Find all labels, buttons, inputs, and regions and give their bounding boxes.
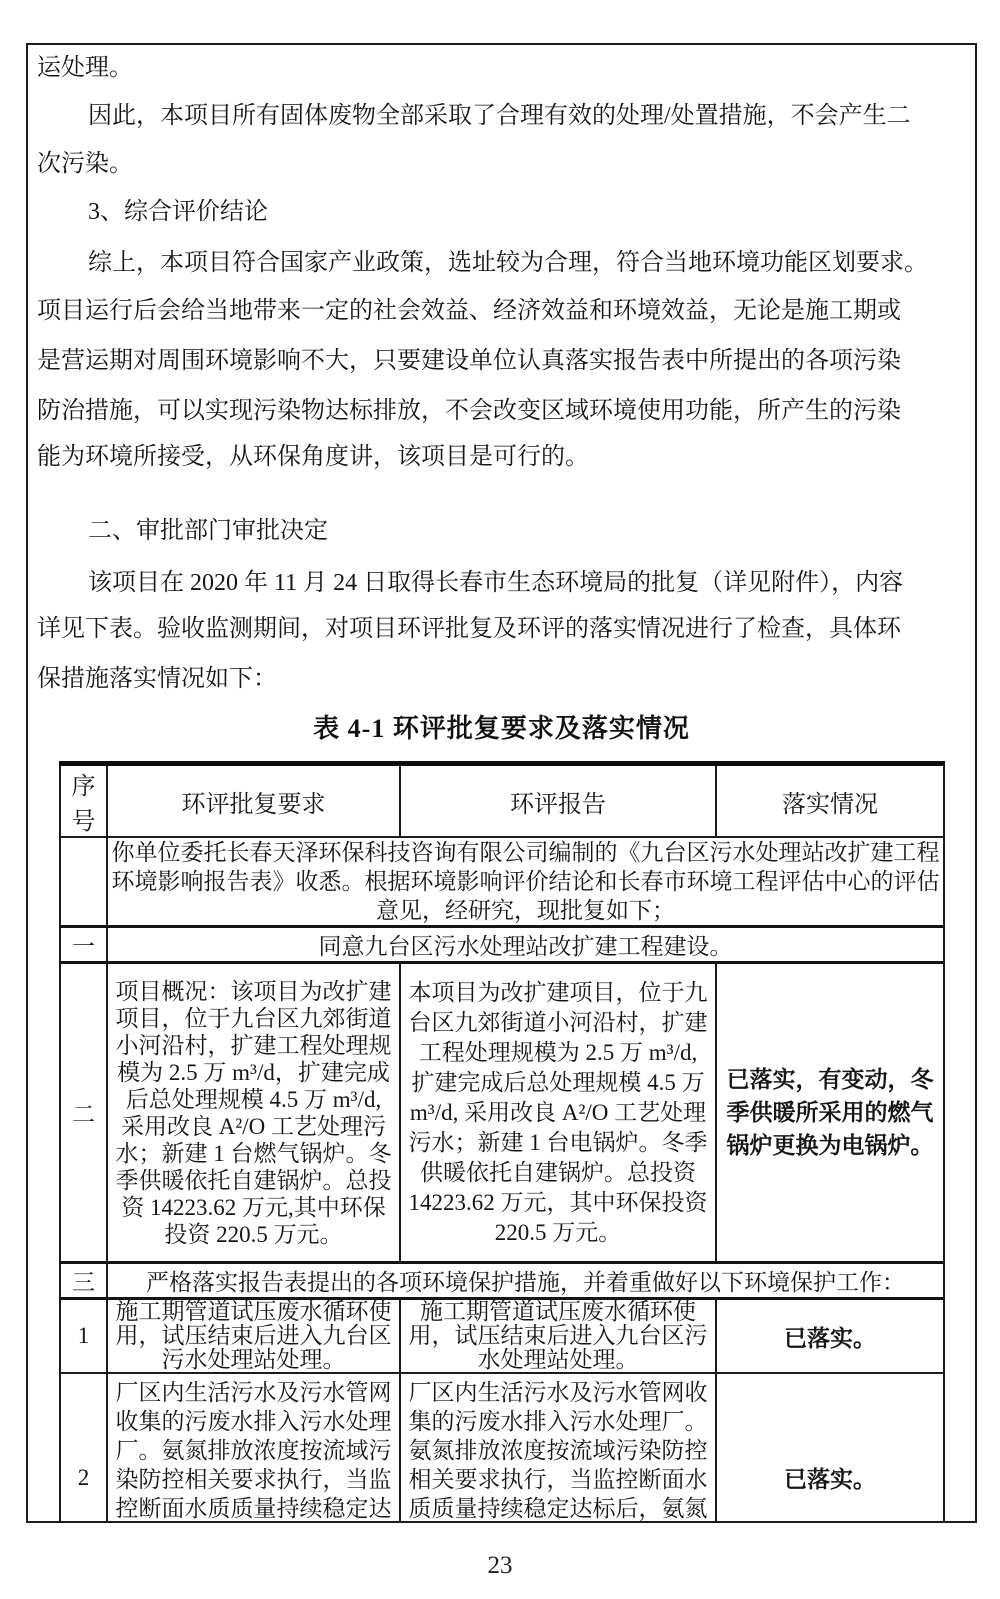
text-line: 染防控相关要求执行，当监 [108, 1465, 399, 1494]
body-text-line: 详见下表。验收监测期间，对项目环评批复及环评的落实情况进行了检查，具体环 [37, 612, 901, 646]
body-text-line: 运处理。 [37, 51, 133, 85]
text-line: 14223.62 万元，其中环保投资 [401, 1188, 715, 1218]
text-line: 本项目为改扩建项目，位于九 [401, 978, 715, 1008]
text-line: 采用改良 A²/O 工艺处理污 [108, 1113, 399, 1140]
body-text-line: 保措施落实情况如下： [37, 662, 277, 696]
text-line: 工程处理规模为 2.5 万 m³/d, [401, 1038, 715, 1068]
table-row-4: 1 施工期管道试压废水循环使用，试压结束后进入九台区污水处理站处理。 施工期管道… [60, 1299, 944, 1374]
text-line: 集的污废水排入污水处理厂。 [401, 1407, 715, 1436]
cell-eia-report: 本项目为改扩建项目，位于九台区九郊街道小河沿村，扩建工程处理规模为 2.5 万 … [400, 963, 716, 1263]
text-line: 环境影响报告表》收悉。根据环境影响评价结论和长春市环境工程评估中心的评估 [108, 867, 943, 896]
cell-implementation-status: 已落实。 [716, 1299, 944, 1374]
text-line: 用，试压结束后进入九台区 [108, 1324, 399, 1348]
text-line: 季供暖所采用的燃气 [717, 1096, 943, 1129]
text-line: 氨氮排放浓度按流域污染防控 [401, 1436, 715, 1465]
cell-merged-text: 你单位委托长春天泽环保科技咨询有限公司编制的《九台区污水处理站改扩建工程环境影响… [107, 837, 944, 927]
text-line: 厂区内生活污水及污水管网 [108, 1378, 399, 1407]
body-text-line: 综上，本项目符合国家产业政策，选址较为合理，符合当地环境功能区划要求。 [88, 246, 928, 280]
cell-approval-requirement: 施工期管道试压废水循环使用，试压结束后进入九台区污水处理站处理。 [107, 1299, 400, 1374]
text-line: 220.5 万元。 [401, 1218, 715, 1248]
text-line: 项目概况：该项目为改扩建 [108, 978, 399, 1005]
body-text-line: 该项目在 2020 年 11 月 24 日取得长春市生态环境局的批复（详见附件）… [88, 566, 903, 600]
cell-implementation-status: 已落实，有变动，冬季供暖所采用的燃气锅炉更换为电锅炉。 [716, 963, 944, 1263]
table-caption: 表 4-1 环评批复要求及落实情况 [28, 708, 975, 745]
text-line: 厂。氨氮排放浓度按流域污 [108, 1436, 399, 1465]
body-text-line: 因此，本项目所有固体废物全部采取了合理有效的处理/处置措施，不会产生二 [88, 99, 911, 133]
text-line: 后总处理规模 4.5 万 m³/d, [108, 1086, 399, 1113]
header-implementation-status: 落实情况 [716, 764, 944, 838]
text-line: 控断面水质质量持续稳定达 [108, 1494, 399, 1523]
section-heading: 二、审批部门审批决定 [88, 514, 328, 548]
text-line: 质质量持续稳定达标后，氨氮 [401, 1494, 715, 1523]
text-line: 模为 2.5 万 m³/d，扩建完成 [108, 1059, 399, 1086]
cell-seq: 二 [60, 963, 107, 1263]
text-line: 用，试压结束后进入九台区污 [401, 1324, 715, 1348]
text-line: 供暖依托自建锅炉。总投资 [401, 1158, 715, 1188]
text-line: 施工期管道试压废水循环使 [108, 1300, 399, 1324]
table-row-2: 二 项目概况：该项目为改扩建项目，位于九台区九郊街道小河沿村，扩建工程处理规模为… [60, 963, 944, 1263]
text-line: 已落实，有变动，冬 [717, 1063, 943, 1096]
section-heading: 3、综合评价结论 [88, 195, 268, 229]
text-line: 同意九台区污水处理站改扩建工程建设。 [108, 928, 943, 961]
table-row-3: 三 严格落实报告表提出的各项环境保护措施，并着重做好以下环境保护工作： [60, 1263, 944, 1299]
header-eia-report: 环评报告 [400, 764, 716, 838]
cell-seq: 1 [60, 1299, 107, 1374]
table-header-row: 序号 环评批复要求 环评报告 落实情况 [60, 764, 944, 838]
text-line: 台区九郊街道小河沿村，扩建 [401, 1008, 715, 1038]
text-line: 严格落实报告表提出的各项环境保护措施，并着重做好以下环境保护工作： [108, 1264, 943, 1297]
text-line: 扩建完成后总处理规模 4.5 万 [401, 1068, 715, 1098]
page-content-frame: 运处理。 因此，本项目所有固体废物全部采取了合理有效的处理/处置措施，不会产生二… [26, 43, 977, 1523]
cell-eia-report: 厂区内生活污水及污水管网收集的污废水排入污水处理厂。氨氮排放浓度按流域污染防控相… [400, 1373, 716, 1523]
text-line: 资 14223.62 万元,其中环保 [108, 1194, 399, 1221]
table-row-5: 2 厂区内生活污水及污水管网收集的污废水排入污水处理厂。氨氮排放浓度按流域污染防… [60, 1373, 944, 1523]
text-line: 项目，位于九台区九郊街道 [108, 1005, 399, 1032]
text-line: 相关要求执行，当监控断面水 [401, 1465, 715, 1494]
cell-seq [60, 837, 107, 927]
text-line: 施工期管道试压废水循环使 [401, 1300, 715, 1324]
header-approval-requirement: 环评批复要求 [107, 764, 400, 838]
cell-approval-requirement: 项目概况：该项目为改扩建项目，位于九台区九郊街道小河沿村，扩建工程处理规模为 2… [107, 963, 400, 1263]
text-line: 厂区内生活污水及污水管网收 [401, 1378, 715, 1407]
text-line: 意见，经研究，现批复如下； [108, 896, 943, 925]
text-line: 污水处理站处理。 [108, 1348, 399, 1372]
cell-merged-text: 严格落实报告表提出的各项环境保护措施，并着重做好以下环境保护工作： [107, 1263, 944, 1299]
body-text-line: 次污染。 [37, 147, 133, 181]
text-line: 已落实。 [717, 1320, 943, 1353]
approval-table: 序号 环评批复要求 环评报告 落实情况 你单位委托长春天泽环保科技咨询有限公司编… [59, 761, 945, 1523]
table-row-1: 一 同意九台区污水处理站改扩建工程建设。 [60, 927, 944, 963]
cell-merged-text: 同意九台区污水处理站改扩建工程建设。 [107, 927, 944, 963]
cell-approval-requirement: 厂区内生活污水及污水管网收集的污废水排入污水处理厂。氨氮排放浓度按流域污染防控相… [107, 1373, 400, 1523]
cell-eia-report: 施工期管道试压废水循环使用，试压结束后进入九台区污水处理站处理。 [400, 1299, 716, 1374]
cell-seq: 一 [60, 927, 107, 963]
body-text-line: 能为环境所接受，从环保角度讲，该项目是可行的。 [37, 440, 589, 474]
body-text-line: 防治措施，可以实现污染物达标排放，不会改变区域环境使用功能，所产生的污染 [37, 394, 901, 428]
body-text-line: 项目运行后会给当地带来一定的社会效益、经济效益和环境效益，无论是施工期或 [37, 294, 901, 328]
text-line: 小河沿村，扩建工程处理规 [108, 1032, 399, 1059]
text-line: 已落实。 [717, 1461, 943, 1494]
cell-implementation-status: 已落实。 [716, 1373, 944, 1523]
table-row-intro: 你单位委托长春天泽环保科技咨询有限公司编制的《九台区污水处理站改扩建工程环境影响… [60, 837, 944, 927]
cell-seq: 三 [60, 1263, 107, 1299]
header-seq: 序号 [60, 764, 107, 838]
text-line: m³/d, 采用改良 A²/O 工艺处理 [401, 1098, 715, 1128]
document-page: { "document": { "page_number": "23", "bo… [0, 0, 1000, 1599]
page-number: 23 [0, 1552, 1000, 1580]
text-line: 污水；新建 1 台电锅炉。冬季 [401, 1128, 715, 1158]
text-line: 水；新建 1 台燃气锅炉。冬 [108, 1140, 399, 1167]
body-text-line: 是营运期对周围环境影响不大，只要建设单位认真落实报告表中所提出的各项污染 [37, 344, 901, 378]
text-line: 投资 220.5 万元。 [108, 1221, 399, 1248]
text-line: 收集的污废水排入污水处理 [108, 1407, 399, 1436]
text-line: 季供暖依托自建锅炉。总投 [108, 1167, 399, 1194]
text-line: 水处理站处理。 [401, 1348, 715, 1372]
text-line: 锅炉更换为电锅炉。 [717, 1129, 943, 1162]
cell-seq: 2 [60, 1373, 107, 1523]
text-line: 你单位委托长春天泽环保科技咨询有限公司编制的《九台区污水处理站改扩建工程 [108, 838, 943, 867]
